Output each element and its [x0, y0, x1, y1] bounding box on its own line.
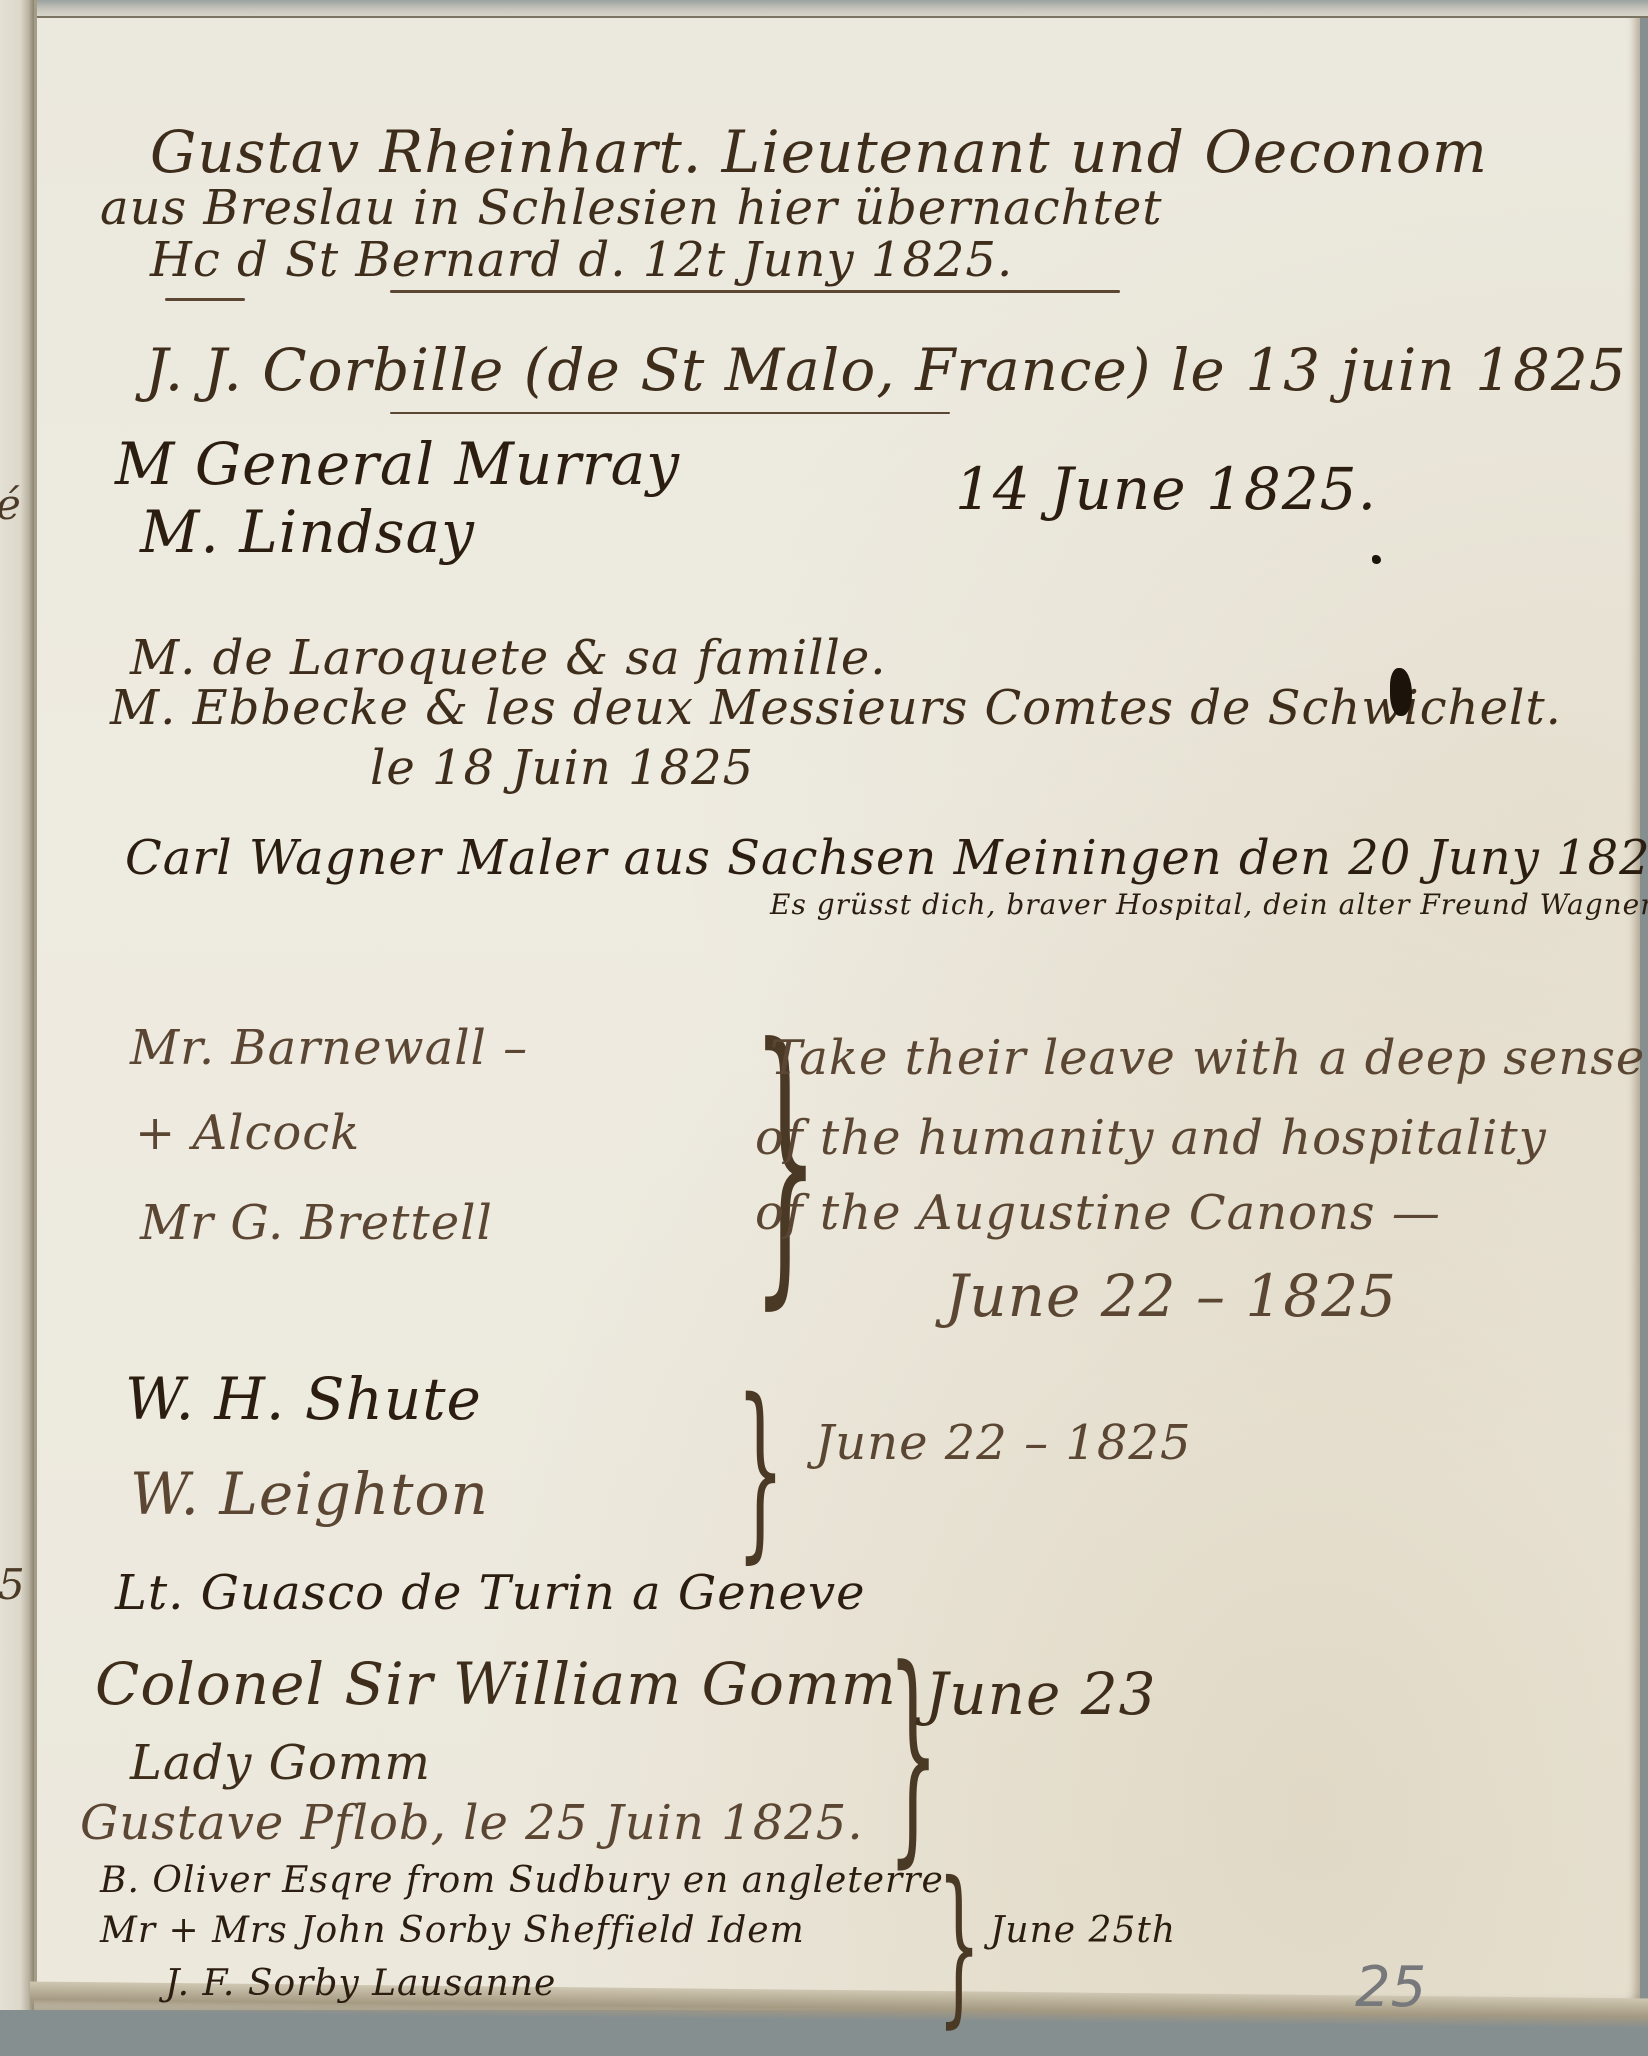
entry-jf-sorby-name: J. F. Sorby Lausanne	[165, 1963, 556, 2004]
book-gutter	[0, 0, 34, 2010]
entry-lindsay-name: M. Lindsay	[140, 498, 475, 566]
brace-oliver: }	[937, 1860, 980, 2030]
entry-rheinhart-line-3: Hc d St Bernard d. 12t Juny 1825.	[150, 232, 1013, 288]
entry-brettell-name: Mr G. Brettell	[140, 1195, 493, 1251]
scanned-page: é 5 Gustav Rheinhart. Lieutenant und Oec…	[0, 0, 1648, 2056]
entry-pflob: Gustave Pflob, le 25 Juin 1825.	[80, 1795, 864, 1851]
rule-under-corbille	[390, 412, 950, 414]
entry-corbille: J. J. Corbille (de St Malo, France) le 1…	[145, 336, 1627, 404]
entry-leighton-name: W. Leighton	[130, 1460, 489, 1528]
entry-gomm-date: June 23	[925, 1660, 1157, 1728]
entry-wagner-line-2: Es grüsst dich, braver Hospital, dein al…	[770, 888, 1648, 921]
entry-sorby-name: Mr + Mrs John Sorby Sheffield Idem	[100, 1910, 805, 1951]
entry-alcock-name: + Alcock	[135, 1105, 360, 1161]
ink-dot	[1372, 555, 1381, 564]
entry-oliver-date: June 25th	[990, 1910, 1176, 1951]
entry-guasco: Lt. Guasco de Turin a Geneve	[115, 1565, 865, 1621]
entry-barnewall-date: June 22 – 1825	[945, 1262, 1397, 1330]
rule-under-rheinhart	[390, 290, 1120, 293]
entry-gomm-name: Colonel Sir William Gomm	[95, 1650, 897, 1718]
page-top-edge	[0, 0, 1648, 18]
brace-shute: }	[736, 1375, 784, 1565]
entry-barnewall-note-3: of the Augustine Canons —	[755, 1185, 1441, 1241]
gutter-fold-line	[34, 0, 37, 2000]
entry-laroquete-line-2: M. Ebbecke & les deux Messieurs Comtes d…	[110, 680, 1562, 736]
entry-shute-date: June 22 – 1825	[815, 1415, 1191, 1471]
left-margin-mark-upper: é	[0, 480, 21, 529]
entry-barnewall-note-2: of the humanity and hospitality	[755, 1110, 1547, 1166]
left-margin-mark-lower: 5	[0, 1560, 25, 1609]
entry-oliver-name: B. Oliver Esqre from Sudbury en angleter…	[100, 1860, 944, 1901]
entry-barnewall-name: Mr. Barnewall –	[130, 1020, 528, 1076]
entry-shute-name: W. H. Shute	[125, 1365, 482, 1433]
entry-barnewall-note-1: Take their leave with a deep sense	[770, 1030, 1645, 1086]
entry-lady-gomm-name: Lady Gomm	[130, 1735, 431, 1791]
entry-wagner-line-1: Carl Wagner Maler aus Sachsen Meiningen …	[125, 830, 1648, 886]
entry-murray-name: M General Murray	[115, 430, 680, 498]
entry-laroquete-date: le 18 Juin 1825	[370, 740, 754, 796]
entry-murray-date: 14 June 1825.	[955, 455, 1377, 523]
page-number: 25	[1355, 1955, 1426, 2020]
entry-laroquete-line-1: M. de Laroquete & sa famille.	[130, 630, 887, 686]
entry-rheinhart-line-1: Gustav Rheinhart. Lieutenant und Oeconom	[150, 118, 1488, 186]
ink-blot	[1390, 668, 1412, 716]
entry-rheinhart-line-2: aus Breslau in Schlesien hier übernachte…	[100, 180, 1163, 236]
rule-short	[165, 298, 245, 301]
